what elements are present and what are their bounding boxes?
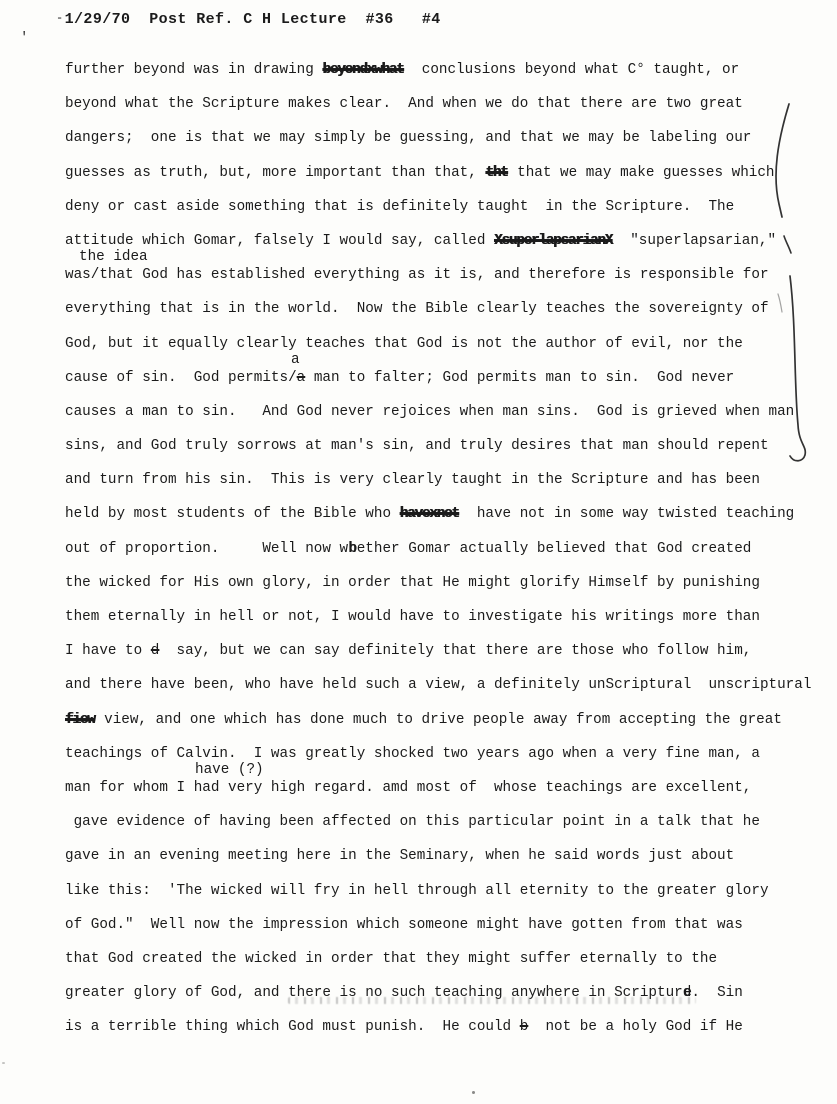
text-line: like this: 'The wicked will fry in hell …: [65, 874, 825, 908]
text-line: God, but it equally clearly teaches that…: [65, 327, 825, 361]
text-segment: the wicked for His own glory, in order t…: [65, 575, 760, 591]
text-segment: ether Gomar actually believed that God c…: [357, 541, 752, 557]
header-text: 1/29/70 Post Ref. C H Lecture #36 #4: [65, 11, 441, 28]
text-line: I have to d say, but we can say definite…: [65, 634, 825, 668]
struck-out-word: XsuperlapsarianX: [494, 233, 612, 249]
text-line: gave in an evening meeting here in the S…: [65, 839, 825, 873]
text-line: held by most students of the Bible who h…: [65, 497, 825, 531]
text-segment: them eternally in hell or not, I would h…: [65, 609, 760, 625]
text-line: beyond what the Scripture makes clear. A…: [65, 87, 825, 121]
text-segment: guesses as truth, but, more important th…: [65, 165, 485, 181]
text-line: and there have been, who have held such …: [65, 668, 825, 702]
text-line: gave evidence of having been affected on…: [65, 805, 825, 839]
text-line: further beyond was in drawing beyondxwha…: [65, 53, 825, 87]
text-segment: was/that God has established everything …: [65, 267, 769, 283]
overtyped-character: b: [349, 532, 358, 566]
text-segment: man for whom I had very high regard. amd…: [65, 780, 751, 796]
struck-out-word: tht: [485, 165, 507, 181]
text-segment: not be a holy God if He: [528, 1019, 743, 1035]
erasure-smudge: [288, 997, 696, 1004]
text-line: the wicked for His own glory, in order t…: [65, 566, 825, 600]
text-segment: conclusions beyond what C° taught, or: [405, 62, 740, 78]
text-segment: gave evidence of having been affected on…: [65, 814, 760, 830]
paper-speck: [472, 1091, 475, 1094]
struck-out-character: a: [297, 370, 306, 386]
stray-apostrophe-mark: ': [20, 30, 28, 46]
text-line: attitude which Gomar, falsely I would sa…: [65, 224, 825, 258]
text-line: teachings of Calvin. I was greatly shock…: [65, 737, 825, 771]
text-segment: that we may make guesses which: [509, 165, 775, 181]
text-segment: "superlapsarian,": [613, 233, 776, 249]
text-line: man for whom I had very high regard. amd…: [65, 771, 825, 805]
text-segment: attitude which Gomar, falsely I would sa…: [65, 233, 494, 249]
text-segment: God, but it equally clearly teaches that…: [65, 336, 743, 352]
text-line: cause of sin. God permits/a man to falte…: [65, 361, 825, 395]
header-prefix-mark: -: [56, 11, 64, 25]
text-segment: and there have been, who have held such …: [65, 677, 811, 693]
text-segment: the idea: [79, 249, 148, 265]
text-segment: causes a man to sin. And God never rejoi…: [65, 404, 794, 420]
text-segment: have not in some way twisted teaching: [460, 506, 795, 522]
text-line: guesses as truth, but, more important th…: [65, 156, 825, 190]
text-line: causes a man to sin. And God never rejoi…: [65, 395, 825, 429]
text-segment: gave in an evening meeting here in the S…: [65, 848, 734, 864]
text-segment: and turn from his sin. This is very clea…: [65, 472, 760, 488]
text-segment: view, and one which has done much to dri…: [96, 712, 782, 728]
text-line: and turn from his sin. This is very clea…: [65, 463, 825, 497]
text-line: was/that God has established everything …: [65, 258, 825, 292]
text-line: is a terrible thing which God must punis…: [65, 1010, 825, 1044]
text-segment: like this: 'The wicked will fry in hell …: [65, 883, 769, 899]
text-segment: is a terrible thing which God must punis…: [65, 1019, 520, 1035]
text-line: everything that is in the world. Now the…: [65, 292, 825, 326]
text-segment: sins, and God truly sorrows at man's sin…: [65, 438, 769, 454]
text-segment: a: [291, 352, 300, 368]
text-line: sins, and God truly sorrows at man's sin…: [65, 429, 825, 463]
text-segment: cause of sin. God permits/: [65, 370, 297, 386]
scanned-document-page: -1/29/70 Post Ref. C H Lecture #36 #4 ' …: [0, 0, 837, 1104]
struck-out-word: havexnot: [400, 506, 459, 522]
overtyped-character: e: [683, 976, 692, 1010]
text-segment: I have to: [65, 643, 151, 659]
text-segment: . Sin: [691, 985, 742, 1001]
text-segment: held by most students of the Bible who: [65, 506, 400, 522]
text-segment: have (?): [195, 762, 264, 778]
text-segment: further beyond was in drawing: [65, 62, 322, 78]
text-segment: that God created the wicked in order tha…: [65, 951, 717, 967]
text-segment: hb: [348, 532, 357, 566]
text-segment: dangers; one is that we may simply be gu…: [65, 130, 751, 146]
text-line: that God created the wicked in order tha…: [65, 942, 825, 976]
document-body: further beyond was in drawing beyondxwha…: [65, 53, 825, 1044]
text-segment: deny or cast aside something that is def…: [65, 199, 734, 215]
text-line: them eternally in hell or not, I would h…: [65, 600, 825, 634]
text-line: of God." Well now the impression which s…: [65, 908, 825, 942]
text-segment: out of proportion. Well now w: [65, 541, 348, 557]
text-line: dangers; one is that we may simply be gu…: [65, 121, 825, 155]
struck-out-word: beyondxwhat: [322, 62, 403, 78]
text-line: out of proportion. Well now whbether Gom…: [65, 532, 825, 566]
struck-out-word: fiew: [65, 712, 95, 728]
text-segment: of God." Well now the impression which s…: [65, 917, 743, 933]
text-segment: say, but we can say definitely that ther…: [159, 643, 751, 659]
document-header: -1/29/70 Post Ref. C H Lecture #36 #4: [56, 11, 441, 28]
text-segment: everything that is in the world. Now the…: [65, 301, 769, 317]
text-line: fiew view, and one which has done much t…: [65, 703, 825, 737]
text-line: greater glory of God, and there is no su…: [65, 976, 825, 1010]
text-segment: teachings of Calvin. I was greatly shock…: [65, 746, 760, 762]
text-line: deny or cast aside something that is def…: [65, 190, 825, 224]
text-segment: man to falter; God permits man to sin. G…: [305, 370, 734, 386]
text-segment: beyond what the Scripture makes clear. A…: [65, 96, 743, 112]
text-segment: de: [683, 976, 692, 1010]
paper-speck: [2, 1062, 5, 1064]
